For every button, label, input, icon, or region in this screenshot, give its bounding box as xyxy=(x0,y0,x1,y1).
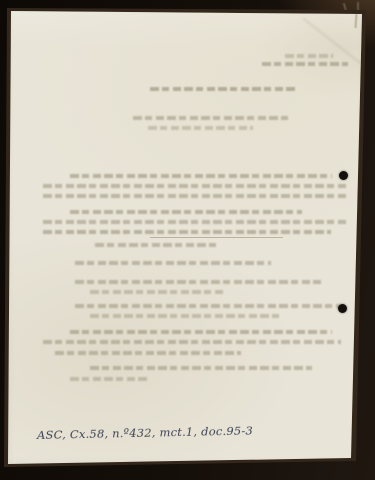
ghost-text-line xyxy=(90,314,280,318)
ghost-text-line xyxy=(75,304,341,308)
ghost-text-line xyxy=(43,340,341,344)
ghost-text-line xyxy=(75,261,271,265)
letter-page: ASC, Cx.58, n.º432, mct.1, doc.95-3 xyxy=(0,0,375,480)
ghost-text-line xyxy=(262,62,348,66)
ghost-text-line xyxy=(75,280,321,284)
ghost-text-line xyxy=(70,174,332,178)
ghost-text-line xyxy=(150,87,298,91)
ghost-text-line xyxy=(133,116,290,120)
ghost-text-line xyxy=(43,230,331,234)
ghost-text-line xyxy=(70,377,150,381)
paper-texture xyxy=(0,0,375,480)
ghost-text-line xyxy=(70,210,302,214)
ghost-text-line xyxy=(90,366,312,370)
ghost-text-line xyxy=(90,290,226,294)
hole-punch xyxy=(339,171,348,180)
ghost-text-line xyxy=(70,330,332,334)
hole-punch xyxy=(338,304,347,313)
ghost-text-underline xyxy=(150,237,283,238)
ghost-text-line xyxy=(148,126,253,130)
ghost-text-line xyxy=(95,243,217,247)
ghost-text-line xyxy=(43,220,347,224)
archival-reference-annotation: ASC, Cx.58, n.º432, mct.1, doc.95-3 xyxy=(37,423,253,442)
pencil-mark xyxy=(355,14,358,28)
ghost-text-line xyxy=(55,351,241,355)
ghost-text-line xyxy=(285,54,333,58)
ghost-text-line xyxy=(43,194,347,198)
ghost-text-line xyxy=(43,184,347,188)
